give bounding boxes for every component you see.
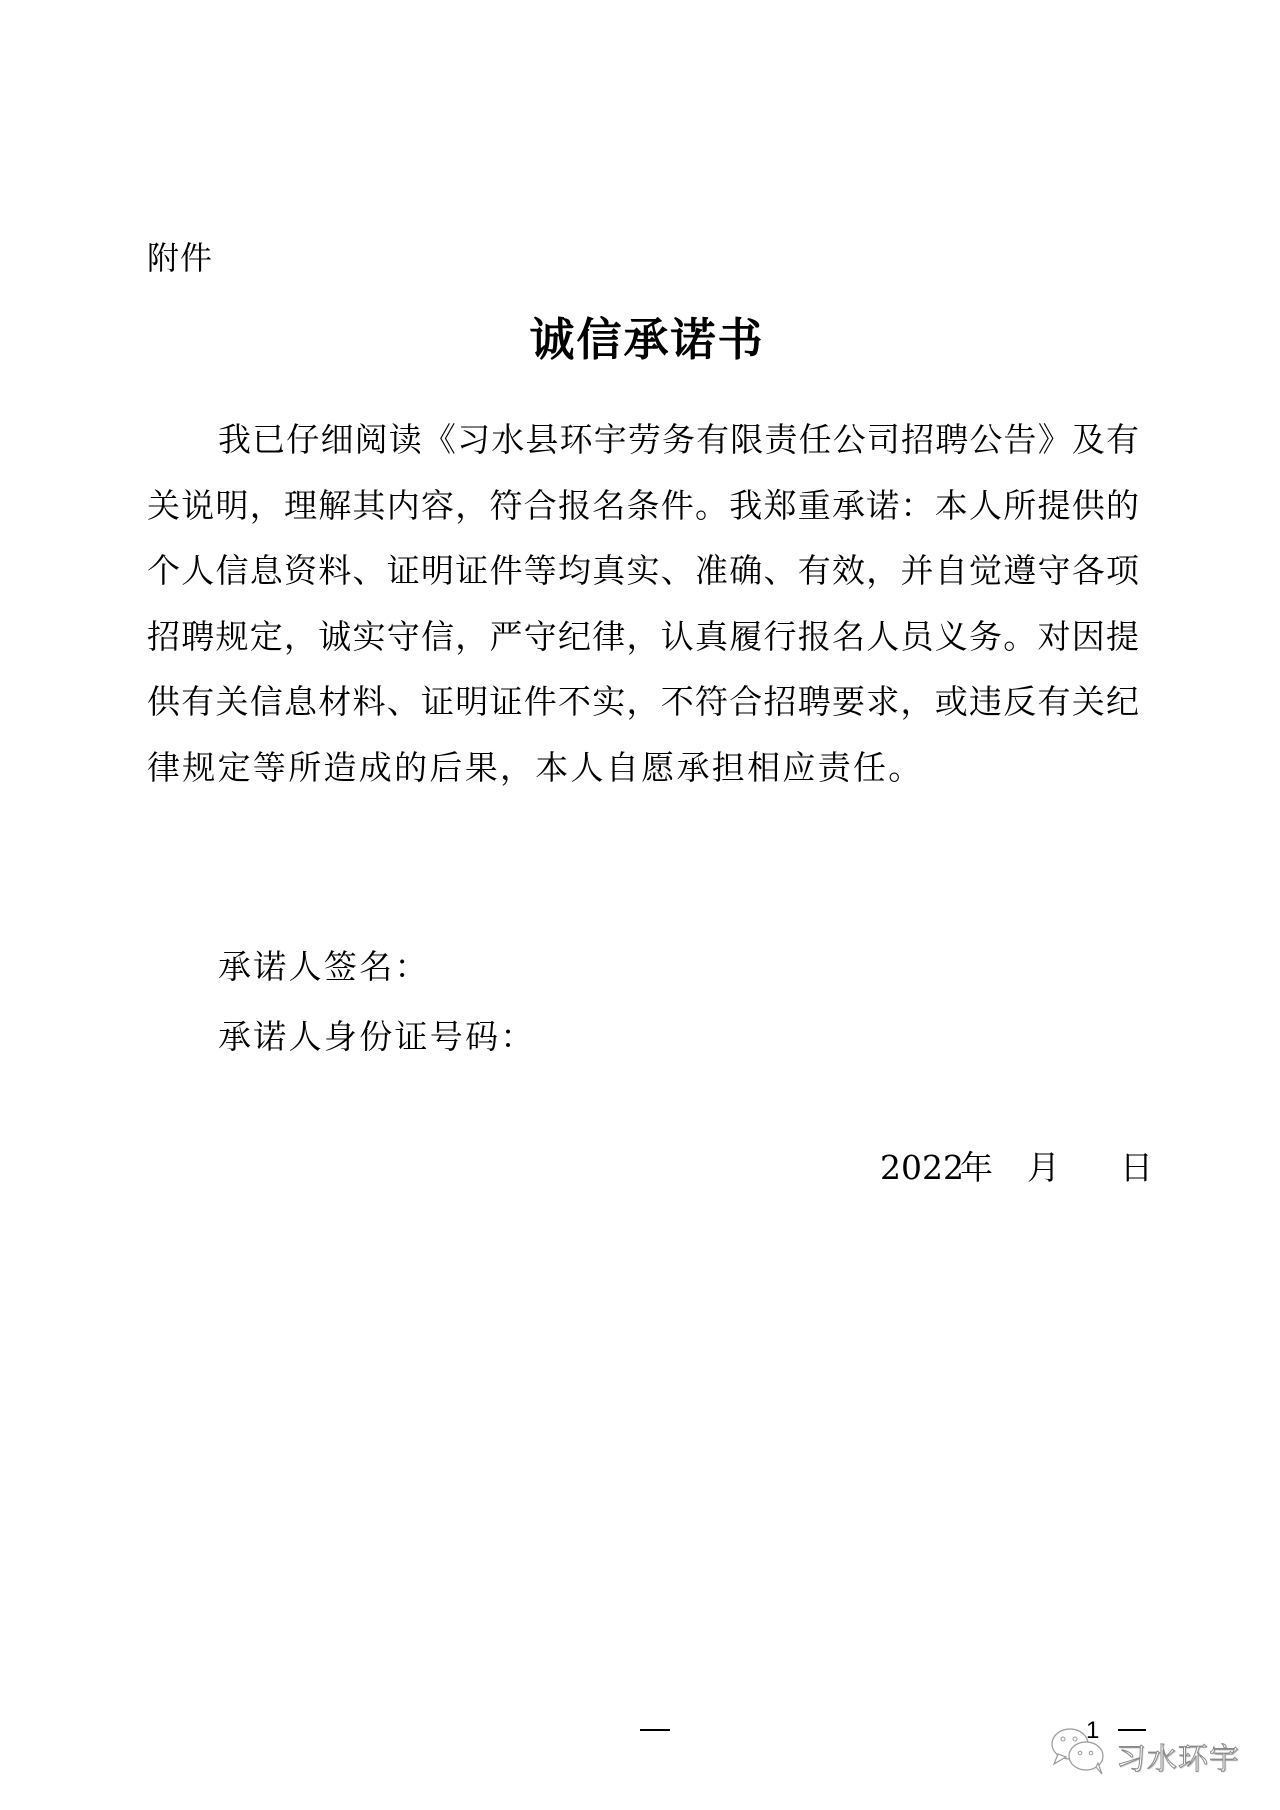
attachment-label: 附件: [147, 238, 213, 278]
title-text: 诚信承诺书: [515, 310, 764, 370]
page-number-dash-right: [1118, 1729, 1146, 1731]
date-line: 2022年月日: [880, 1146, 1153, 1190]
commitment-body: 我已仔细阅读《习水县环宇劳务有限责任公司招聘公告》及有 关说明，理解其内容，符合…: [147, 418, 1139, 811]
watermark-text: 习水环宇: [1116, 1734, 1240, 1778]
date-year: 2022: [880, 1146, 960, 1190]
watermark: 习水环宇: [1050, 1726, 1240, 1776]
date-year-unit: 年: [960, 1146, 1027, 1190]
page-number: 1: [1086, 1718, 1099, 1744]
body-line: 招聘规定，诚实守信，严守纪律，认真履行报名人员义务。对因提: [147, 615, 1139, 681]
date-day-unit: 日: [1120, 1146, 1153, 1190]
signature-id-number-field: 承诺人身份证号码：: [218, 1015, 536, 1085]
page-title: 诚信承诺书: [0, 310, 1280, 370]
page-number-dash-left: [640, 1729, 670, 1731]
signature-block: 承诺人签名： 承诺人身份证号码：: [218, 945, 536, 1085]
document-page: 附件 诚信承诺书 我已仔细阅读《习水县环宇劳务有限责任公司招聘公告》及有 关说明…: [0, 0, 1280, 1810]
body-line: 我已仔细阅读《习水县环宇劳务有限责任公司招聘公告》及有: [147, 418, 1139, 484]
body-line: 律规定等所造成的后果，本人自愿承担相应责任。: [147, 746, 1139, 812]
body-line: 关说明，理解其内容，符合报名条件。我郑重承诺：本人所提供的: [147, 484, 1139, 550]
date-month-unit: 月: [1027, 1146, 1120, 1190]
body-line: 个人信息资料、证明证件等均真实、准确、有效，并自觉遵守各项: [147, 549, 1139, 615]
body-line: 供有关信息材料、证明证件不实，不符合招聘要求，或违反有关纪: [147, 680, 1139, 746]
signature-name-field: 承诺人签名：: [218, 945, 536, 1015]
